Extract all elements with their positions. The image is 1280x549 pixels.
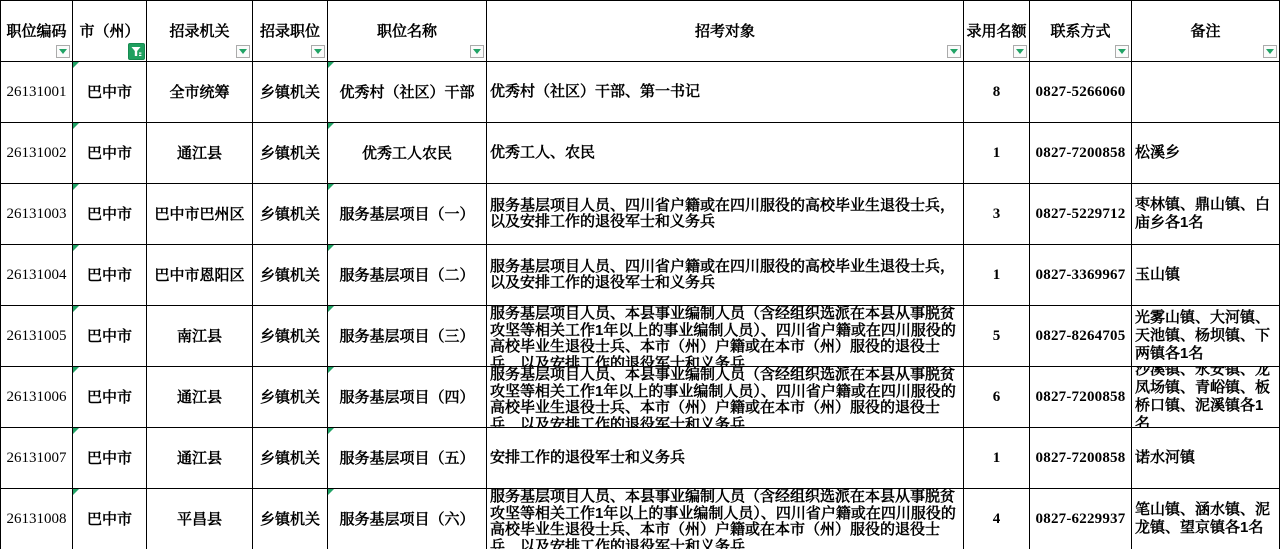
chevron-down-icon (59, 49, 67, 54)
cell-quota[interactable]: 1 (964, 428, 1030, 489)
cell-contact[interactable]: 0827-7200858 (1030, 428, 1132, 489)
table-row: 26131008 巴中市 平昌县 乡镇机关 服务基层项目（六） 服务基层项目人员… (1, 489, 1280, 549)
header-label-recruiting-position: 招录职位 (258, 22, 322, 41)
table-row: 26131005 巴中市 南江县 乡镇机关 服务基层项目（三） 服务基层项目人员… (1, 306, 1280, 367)
cell-recruiting-position[interactable]: 乡镇机关 (253, 184, 328, 245)
cell-recruiting-agency[interactable]: 巴中市巴州区 (147, 184, 253, 245)
cell-text: 优秀村（社区）干部 (339, 83, 474, 102)
cell-recruitment-target[interactable]: 服务基层项目人员、本县事业编制人员（含经组织选派在本县从事脱贫攻坚等相关工作1年… (487, 489, 964, 549)
cell-text: 巴中市 (87, 449, 132, 468)
cell-remarks[interactable]: 诺水河镇 (1132, 428, 1280, 489)
cell-position-code[interactable]: 26131002 (1, 123, 73, 184)
filter-button-position-code[interactable] (56, 45, 70, 58)
cell-text: 服务基层项目（四） (339, 388, 474, 407)
chevron-down-icon (950, 49, 958, 54)
table-row: 26131007 巴中市 通江县 乡镇机关 服务基层项目（五） 安排工作的退役军… (1, 428, 1280, 489)
cell-contact[interactable]: 0827-8264705 (1030, 306, 1132, 367)
cell-recruitment-target[interactable]: 服务基层项目人员、本县事业编制人员（含经组织选派在本县从事脱贫攻坚等相关工作1年… (487, 367, 964, 428)
cell-quota[interactable]: 1 (964, 245, 1030, 306)
cell-text: 巴中市 (87, 144, 132, 163)
cell-city-state[interactable]: 巴中市 (73, 184, 147, 245)
green-corner-flag (73, 489, 79, 495)
chevron-down-icon (1118, 49, 1126, 54)
cell-contact[interactable]: 0827-7200858 (1030, 367, 1132, 428)
filter-button-recruiting-agency[interactable] (236, 45, 250, 58)
filter-button-position-name[interactable] (470, 45, 484, 58)
cell-city-state[interactable]: 巴中市 (73, 428, 147, 489)
header-label-quota: 录用名额 (964, 22, 1028, 41)
cell-position-name[interactable]: 服务基层项目（六） (328, 489, 487, 549)
cell-position-code[interactable]: 26131004 (1, 245, 73, 306)
cell-text: 服务基层项目（五） (339, 449, 474, 468)
green-corner-flag (328, 62, 334, 68)
cell-recruiting-agency[interactable]: 通江县 (147, 428, 253, 489)
header-cell-recruiting-agency[interactable]: 招录机关 (147, 1, 253, 62)
chevron-down-icon (473, 49, 481, 54)
header-label-contact: 联系方式 (1048, 22, 1112, 41)
cell-recruiting-agency[interactable]: 全市统筹 (147, 62, 253, 123)
cell-recruitment-target[interactable]: 安排工作的退役军士和义务兵 (487, 428, 964, 489)
cell-recruitment-target[interactable]: 服务基层项目人员、四川省户籍或在四川服役的高校毕业生退役士兵，以及安排工作的退役… (487, 184, 964, 245)
cell-recruiting-position[interactable]: 乡镇机关 (253, 306, 328, 367)
header-cell-quota[interactable]: 录用名额 (964, 1, 1030, 62)
header-label-recruiting-agency: 招录机关 (167, 22, 231, 41)
table-row: 26131001 巴中市 全市统筹 乡镇机关 优秀村（社区）干部 优秀村（社区）… (1, 62, 1280, 123)
cell-recruiting-position[interactable]: 乡镇机关 (253, 489, 328, 549)
table-row: 26131004 巴中市 巴中市恩阳区 乡镇机关 服务基层项目（二） 服务基层项… (1, 245, 1280, 306)
funnel-icon (130, 45, 143, 58)
cell-text: 优秀工人农民 (362, 144, 452, 163)
header-cell-recruitment-target[interactable]: 招考对象 (487, 1, 964, 62)
green-corner-flag (73, 62, 79, 68)
cell-text: 巴中市 (87, 205, 132, 224)
green-corner-flag (73, 123, 79, 129)
green-corner-flag (328, 489, 334, 495)
cell-city-state[interactable]: 巴中市 (73, 123, 147, 184)
cell-position-name[interactable]: 优秀村（社区）干部 (328, 62, 487, 123)
cell-position-name[interactable]: 优秀工人农民 (328, 123, 487, 184)
cell-recruitment-target[interactable]: 服务基层项目人员、本县事业编制人员（含经组织选派在本县从事脱贫攻坚等相关工作1年… (487, 306, 964, 367)
header-label-position-code: 职位编码 (4, 22, 68, 41)
header-cell-position-name[interactable]: 职位名称 (328, 1, 487, 62)
green-corner-flag (73, 245, 79, 251)
cell-recruiting-agency[interactable]: 通江县 (147, 367, 253, 428)
cell-quota[interactable]: 8 (964, 62, 1030, 123)
filter-button-contact[interactable] (1115, 45, 1129, 58)
header-label-recruitment-target: 招考对象 (693, 22, 757, 41)
header-cell-contact[interactable]: 联系方式 (1030, 1, 1132, 62)
cell-city-state[interactable]: 巴中市 (73, 62, 147, 123)
cell-quota[interactable]: 4 (964, 489, 1030, 549)
cell-position-code[interactable]: 26131003 (1, 184, 73, 245)
header-cell-recruiting-position[interactable]: 招录职位 (253, 1, 328, 62)
filter-button-recruitment-target[interactable] (947, 45, 961, 58)
cell-position-code[interactable]: 26131001 (1, 62, 73, 123)
cell-recruiting-agency[interactable]: 平昌县 (147, 489, 253, 549)
cell-contact[interactable]: 0827-6229937 (1030, 489, 1132, 549)
cell-recruiting-agency[interactable]: 南江县 (147, 306, 253, 367)
cell-text: 服务基层项目（二） (339, 266, 474, 285)
cell-remarks[interactable]: 沙溪镇、永安镇、龙凤场镇、青峪镇、板桥口镇、泥溪镇各1名 (1132, 367, 1280, 428)
header-cell-city-state[interactable]: 市（州） (73, 1, 147, 62)
cell-recruitment-target[interactable]: 优秀村（社区）干部、第一书记 (487, 62, 964, 123)
cell-position-code[interactable]: 26131006 (1, 367, 73, 428)
cell-recruiting-position[interactable]: 乡镇机关 (253, 428, 328, 489)
header-label-city-state: 市（州） (77, 22, 141, 41)
cell-contact[interactable]: 0827-7200858 (1030, 123, 1132, 184)
cell-text: 巴中市 (87, 327, 132, 346)
recruitment-positions-table: 职位编码 市（州） 招录机关 招录职位 职位名称 招考 (0, 0, 1280, 549)
cell-position-name[interactable]: 服务基层项目（三） (328, 306, 487, 367)
table-row: 26131002 巴中市 通江县 乡镇机关 优秀工人农民 优秀工人、农民 1 0… (1, 123, 1280, 184)
cell-text: 服务基层项目（六） (339, 510, 474, 529)
cell-text: 巴中市 (87, 510, 132, 529)
cell-city-state[interactable]: 巴中市 (73, 489, 147, 549)
green-corner-flag (328, 428, 334, 434)
table-row: 26131003 巴中市 巴中市巴州区 乡镇机关 服务基层项目（一） 服务基层项… (1, 184, 1280, 245)
cell-remarks[interactable]: 松溪乡 (1132, 123, 1280, 184)
cell-contact[interactable]: 0827-5266060 (1030, 62, 1132, 123)
header-label-position-name: 职位名称 (375, 22, 439, 41)
filter-button-remarks[interactable] (1263, 45, 1277, 58)
cell-remarks[interactable]: 光雾山镇、大河镇、天池镇、杨坝镇、下两镇各1名 (1132, 306, 1280, 367)
header-row: 职位编码 市（州） 招录机关 招录职位 职位名称 招考 (1, 1, 1280, 62)
chevron-down-icon (1016, 49, 1024, 54)
green-corner-flag (328, 367, 334, 373)
cell-remarks[interactable]: 玉山镇 (1132, 245, 1280, 306)
cell-recruitment-target[interactable]: 服务基层项目人员、四川省户籍或在四川服役的高校毕业生退役士兵，以及安排工作的退役… (487, 245, 964, 306)
green-corner-flag (328, 123, 334, 129)
header-cell-remarks[interactable]: 备注 (1132, 1, 1280, 62)
filter-button-recruiting-position[interactable] (311, 45, 325, 58)
cell-city-state[interactable]: 巴中市 (73, 245, 147, 306)
cell-contact[interactable]: 0827-5229712 (1030, 184, 1132, 245)
cell-position-code[interactable]: 26131008 (1, 489, 73, 549)
chevron-down-icon (314, 49, 322, 54)
cell-recruiting-position[interactable]: 乡镇机关 (253, 367, 328, 428)
green-corner-flag (73, 306, 79, 312)
cell-remarks[interactable]: 笔山镇、涵水镇、泥龙镇、望京镇各1名 (1132, 489, 1280, 549)
cell-text: 服务基层项目（三） (339, 327, 474, 346)
cell-remarks[interactable] (1132, 62, 1280, 123)
cell-text: 巴中市 (87, 83, 132, 102)
cell-position-name[interactable]: 服务基层项目（二） (328, 245, 487, 306)
cell-recruiting-position[interactable]: 乡镇机关 (253, 62, 328, 123)
cell-quota[interactable]: 3 (964, 184, 1030, 245)
cell-recruiting-position[interactable]: 乡镇机关 (253, 123, 328, 184)
cell-position-name[interactable]: 服务基层项目（四） (328, 367, 487, 428)
cell-text: 巴中市 (87, 266, 132, 285)
cell-quota[interactable]: 5 (964, 306, 1030, 367)
table-row: 26131006 巴中市 通江县 乡镇机关 服务基层项目（四） 服务基层项目人员… (1, 367, 1280, 428)
cell-recruitment-target[interactable]: 优秀工人、农民 (487, 123, 964, 184)
cell-contact[interactable]: 0827-3369967 (1030, 245, 1132, 306)
header-cell-position-code[interactable]: 职位编码 (1, 1, 73, 62)
cell-recruiting-position[interactable]: 乡镇机关 (253, 245, 328, 306)
cell-position-name[interactable]: 服务基层项目（五） (328, 428, 487, 489)
chevron-down-icon (1266, 49, 1274, 54)
cell-recruiting-agency[interactable]: 通江县 (147, 123, 253, 184)
green-corner-flag (73, 367, 79, 373)
green-corner-flag (328, 306, 334, 312)
cell-city-state[interactable]: 巴中市 (73, 367, 147, 428)
cell-text: 服务基层项目（一） (339, 205, 474, 224)
chevron-down-icon (239, 49, 247, 54)
cell-recruiting-agency[interactable]: 巴中市恩阳区 (147, 245, 253, 306)
green-corner-flag (73, 184, 79, 190)
green-corner-flag (328, 245, 334, 251)
cell-position-name[interactable]: 服务基层项目（一） (328, 184, 487, 245)
cell-city-state[interactable]: 巴中市 (73, 306, 147, 367)
header-label-remarks: 备注 (1188, 22, 1222, 41)
filter-button-city-state-active[interactable] (128, 43, 145, 60)
filter-button-quota[interactable] (1013, 45, 1027, 58)
cell-quota[interactable]: 6 (964, 367, 1030, 428)
cell-position-code[interactable]: 26131007 (1, 428, 73, 489)
cell-quota[interactable]: 1 (964, 123, 1030, 184)
cell-remarks[interactable]: 枣林镇、鼎山镇、白庙乡各1名 (1132, 184, 1280, 245)
green-corner-flag (328, 184, 334, 190)
cell-position-code[interactable]: 26131005 (1, 306, 73, 367)
green-corner-flag (73, 428, 79, 434)
cell-text: 巴中市 (87, 388, 132, 407)
